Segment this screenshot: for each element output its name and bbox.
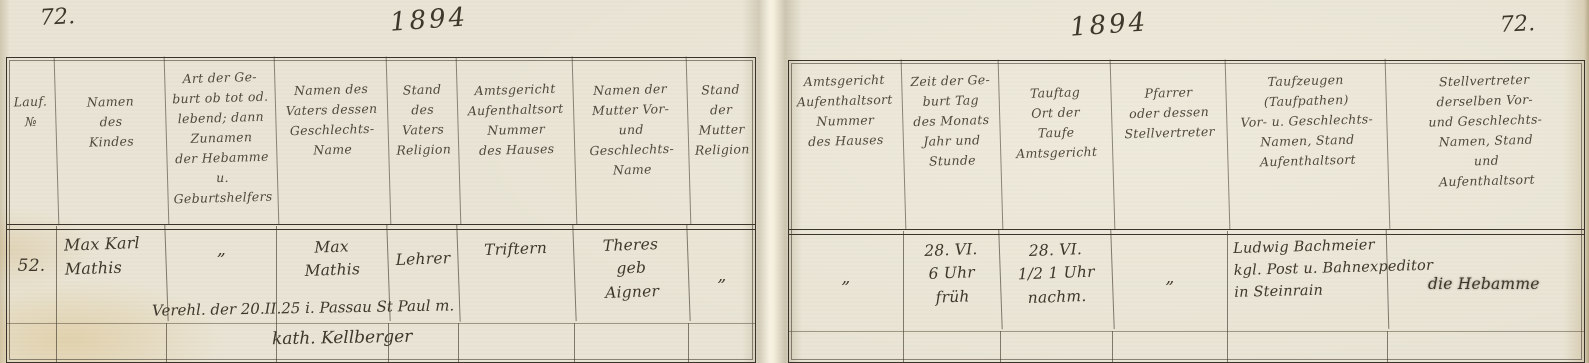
header-cell-namen-der-mutter: Namen der Mutter Vor- und Geschlechts- N… [573,56,692,227]
page-number-right: 72. [1499,11,1535,38]
year-right: 1894 [1069,7,1149,42]
record-cell-father-residence: Triftern [457,224,576,325]
empty-cell [689,323,755,362]
record-cell-residence: „ [789,231,904,331]
header-cell-namen-des-vaters: Namen des Vaters dessen Geschlechts- Nam… [275,56,392,227]
record-cell-baptism-time: 28. VI. 1/2 1 Uhr nachm. [999,229,1114,333]
header-cell-stellvertreter: Stellvertreter derselben Vor- und Geschl… [1386,58,1587,233]
empty-cell [389,323,459,362]
empty-cell [1228,331,1388,362]
header-cell-namen-des-kindes: Namen des Kindes [55,56,170,227]
header-cell-tauftag: Tauftag Ort der Taufe Amtsgericht [999,59,1116,232]
record-cell-mother-name: Theres geb Aigner [573,224,690,325]
year-left: 1894 [389,2,469,37]
header-cell-pfarrer: Pfarrer oder dessen Stellvertreter [1111,59,1231,232]
empty-cell [789,331,904,362]
header-cell-aufenthaltsort-rechts: Amtsgericht Aufenthaltsort Nummer des Ha… [787,59,907,232]
empty-cell [277,323,389,362]
empty-cell [1001,331,1113,362]
empty-cell [57,323,167,362]
empty-cell [1388,331,1584,362]
record-cell-child-name: Max Karl Mathis [55,224,168,325]
header-cell-zeit-der-geburt: Zeit der Ge- burt Tag des Monats Jahr un… [902,60,1004,233]
register-right-page: Amtsgericht Aufenthaltsort Nummer des Ha… [788,60,1585,363]
header-cell-art-der-geburt: Art der Ge- burt ob tot od. lebend; dann… [165,56,280,227]
empty-cell [7,323,57,362]
record-cell-priest: „ [1113,231,1228,331]
record-cell-father-status: Lehrer [387,225,460,324]
record-cell-birth-type: „ [167,226,277,323]
empty-cell [1113,331,1228,362]
header-cell-aufenthaltsort-links: Amtsgericht Aufenthaltsort Nummer des Ha… [457,56,578,227]
empty-cell [167,323,277,362]
empty-cell [575,323,689,362]
record-cell-mother-status: „ [689,226,755,323]
header-cell-laufende-nummer: Lauf. № [5,57,60,226]
record-cell-father-name: Max Mathis [275,224,390,325]
header-cell-stand-des-vaters: Stand des Vaters Religion [387,57,462,227]
page-number-left: 72. [39,4,75,31]
record-cell-birth-time: 28. VI. 6 Uhr früh [902,229,1002,332]
empty-cell [904,331,1001,362]
record-cell-godparent-proxy: die Hebamme [1388,231,1584,331]
record-cell-godparent: Ludwig Bachmeier kgl. Post u. Bahnexpedi… [1227,229,1390,333]
header-cell-stand-der-mutter: Stand der Mutter Religion [687,57,758,227]
header-cell-taufzeugen: Taufzeugen (Taufpathen) Vor- u. Geschlec… [1226,59,1391,233]
register-left-page: Lauf. № Namen des Kindes Art der Ge- bur… [6,57,756,363]
record-cell-nr: 52. [7,226,57,323]
empty-cell [459,323,575,362]
